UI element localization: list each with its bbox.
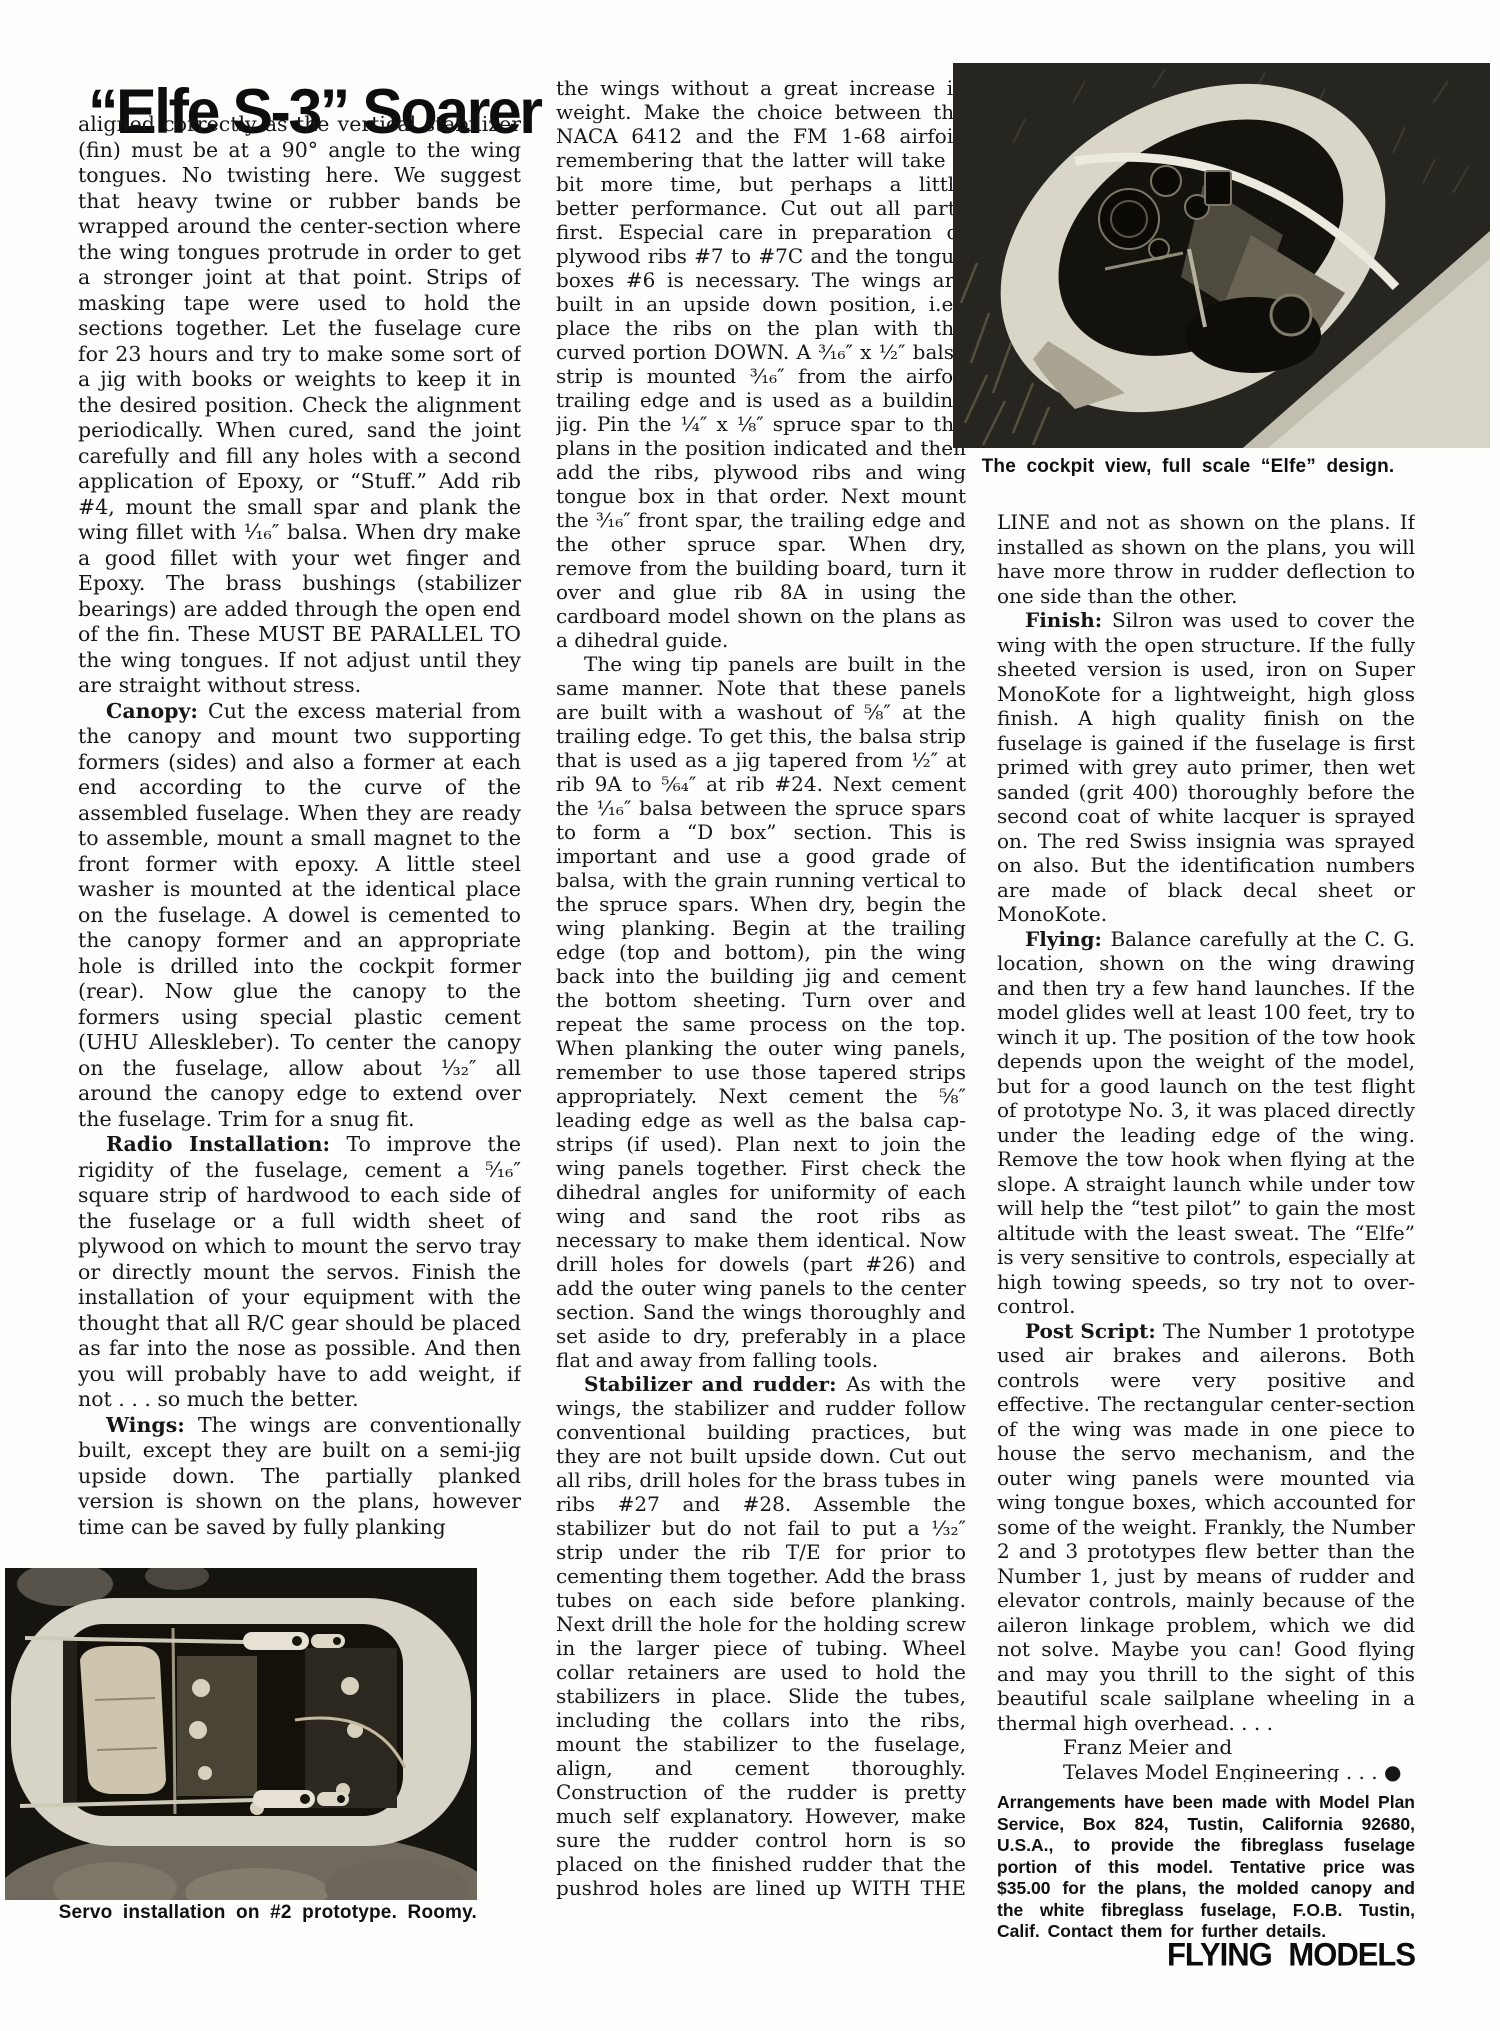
control-wheel: [1271, 295, 1311, 335]
plywood-block: [80, 1646, 166, 1794]
servo-photo-caption: Servo installation on #2 prototype. Room…: [5, 1902, 477, 1924]
paragraph-lead: Finish:: [1025, 608, 1112, 632]
paragraph-wings: Wings: The wings are conventionally buil…: [78, 1413, 521, 1541]
servo-tray: [177, 1656, 257, 1796]
paragraph-stabilizer-rudder: Stabilizer and rudder: As with the wings…: [556, 1372, 966, 1902]
cockpit-photo-caption: The cockpit view, full scale “Elfe” desi…: [953, 456, 1423, 478]
paragraph-radio-installation: Radio Installation: To improve the rigid…: [78, 1132, 521, 1413]
magazine-page: “Elfe S-3” Soarer aligned correctly as t…: [0, 0, 1500, 2031]
signature-author: Franz Meier and: [997, 1735, 1415, 1760]
clevis-hole: [292, 1636, 302, 1646]
paragraph-lead: Flying:: [1025, 927, 1110, 951]
servo-photo: [5, 1568, 477, 1900]
paragraph-lead: Wings:: [106, 1413, 198, 1437]
plan-service-notice: Arrangements have been made with Model P…: [997, 1792, 1415, 1943]
article-column-3: LINE and not as shown on the plans. If i…: [997, 510, 1415, 1782]
article-column-2: the wings without a great increase in we…: [556, 76, 966, 1902]
bay-left-edge: [63, 1638, 77, 1804]
paragraph-text: Cut the excess material from the canopy …: [78, 699, 521, 1131]
paragraph-lead: Canopy:: [106, 699, 208, 723]
vertical-rod: [173, 1628, 175, 1814]
paragraph-lead: Radio Installation:: [106, 1132, 346, 1156]
paragraph: LINE and not as shown on the plans. If i…: [997, 510, 1415, 608]
paragraph-post-script: Post Script: The Number 1 prototype used…: [997, 1319, 1415, 1736]
paragraph: aligned correctly as the vertical stabil…: [78, 112, 521, 699]
paragraph-lead: Post Script:: [1025, 1319, 1163, 1343]
paragraph-finish: Finish: Silron was used to cover the win…: [997, 608, 1415, 927]
paragraph-text: Balance carefully at the C. G. location,…: [997, 927, 1415, 1319]
article-column-1: aligned correctly as the vertical stabil…: [78, 112, 521, 1560]
paragraph-text: As with the wings, the stabilizer and ru…: [556, 1372, 966, 1902]
paragraph-canopy: Canopy: Cut the excess material from the…: [78, 699, 521, 1133]
paragraph-text: To improve the rigidity of the fuselage,…: [78, 1132, 521, 1411]
paragraph-flying: Flying: Balance carefully at the C. G. l…: [997, 927, 1415, 1319]
connector-hole: [333, 1637, 341, 1645]
magazine-name: FLYING MODELS: [997, 1936, 1415, 1974]
paragraph-text: The Number 1 prototype used air brakes a…: [997, 1319, 1415, 1735]
clevis-hole: [300, 1794, 310, 1804]
paragraph-lead: Stabilizer and rudder:: [584, 1372, 846, 1396]
paragraph-wing-tips: The wing tip panels are built in the sam…: [556, 652, 966, 1372]
connector-hole: [337, 1795, 345, 1803]
cockpit-photo: [953, 63, 1490, 448]
signature-company: Telaves Model Engineering . . . ●: [997, 1760, 1415, 1783]
paragraph: the wings without a great increase in we…: [556, 76, 966, 652]
paragraph-text: Silron was used to cover the wing with t…: [997, 608, 1415, 926]
